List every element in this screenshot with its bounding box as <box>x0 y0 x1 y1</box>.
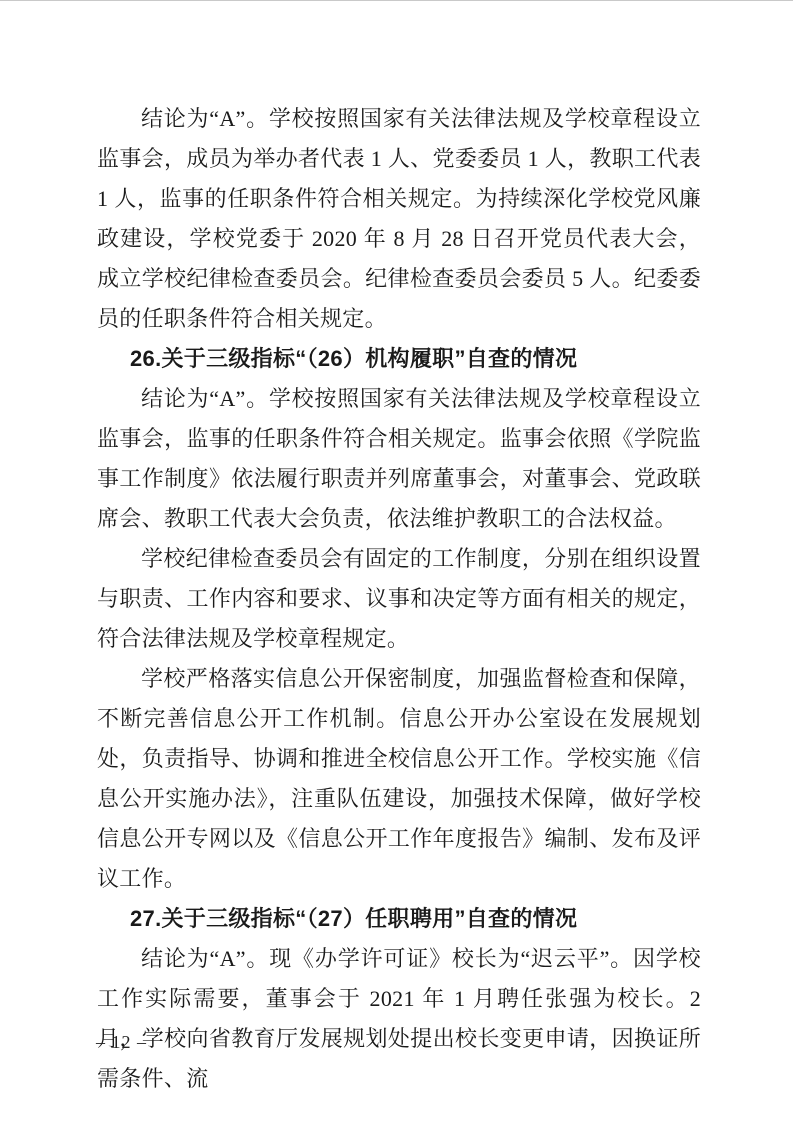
section-heading-27: 27.关于三级指标“（27）任职聘用”自查的情况 <box>97 899 701 939</box>
page-number: – 12 – <box>96 1030 147 1054</box>
paragraph-26-supervisors: 结论为“A”。学校按照国家有关法律法规及学校章程设立监事会，监事的任职条件符合相… <box>97 379 701 539</box>
section-heading-26: 26.关于三级指标“（26）机构履职”自查的情况 <box>97 339 701 379</box>
document-body: 结论为“A”。学校按照国家有关法律法规及学校章程设立监事会，成员为举办者代表 1… <box>97 99 701 1099</box>
paragraph-conclusion-25: 结论为“A”。学校按照国家有关法律法规及学校章程设立监事会，成员为举办者代表 1… <box>97 99 701 339</box>
scan-edge-line <box>0 0 793 1</box>
paragraph-27-appointment: 结论为“A”。现《办学许可证》校长为“迟云平”。因学校工作实际需要，董事会于 2… <box>97 939 701 1099</box>
paragraph-26-discipline-committee: 学校纪律检查委员会有固定的工作制度，分别在组织设置与职责、工作内容和要求、议事和… <box>97 539 701 659</box>
paragraph-26-information-disclosure: 学校严格落实信息公开保密制度，加强监督检查和保障，不断完善信息公开工作机制。信息… <box>97 659 701 899</box>
